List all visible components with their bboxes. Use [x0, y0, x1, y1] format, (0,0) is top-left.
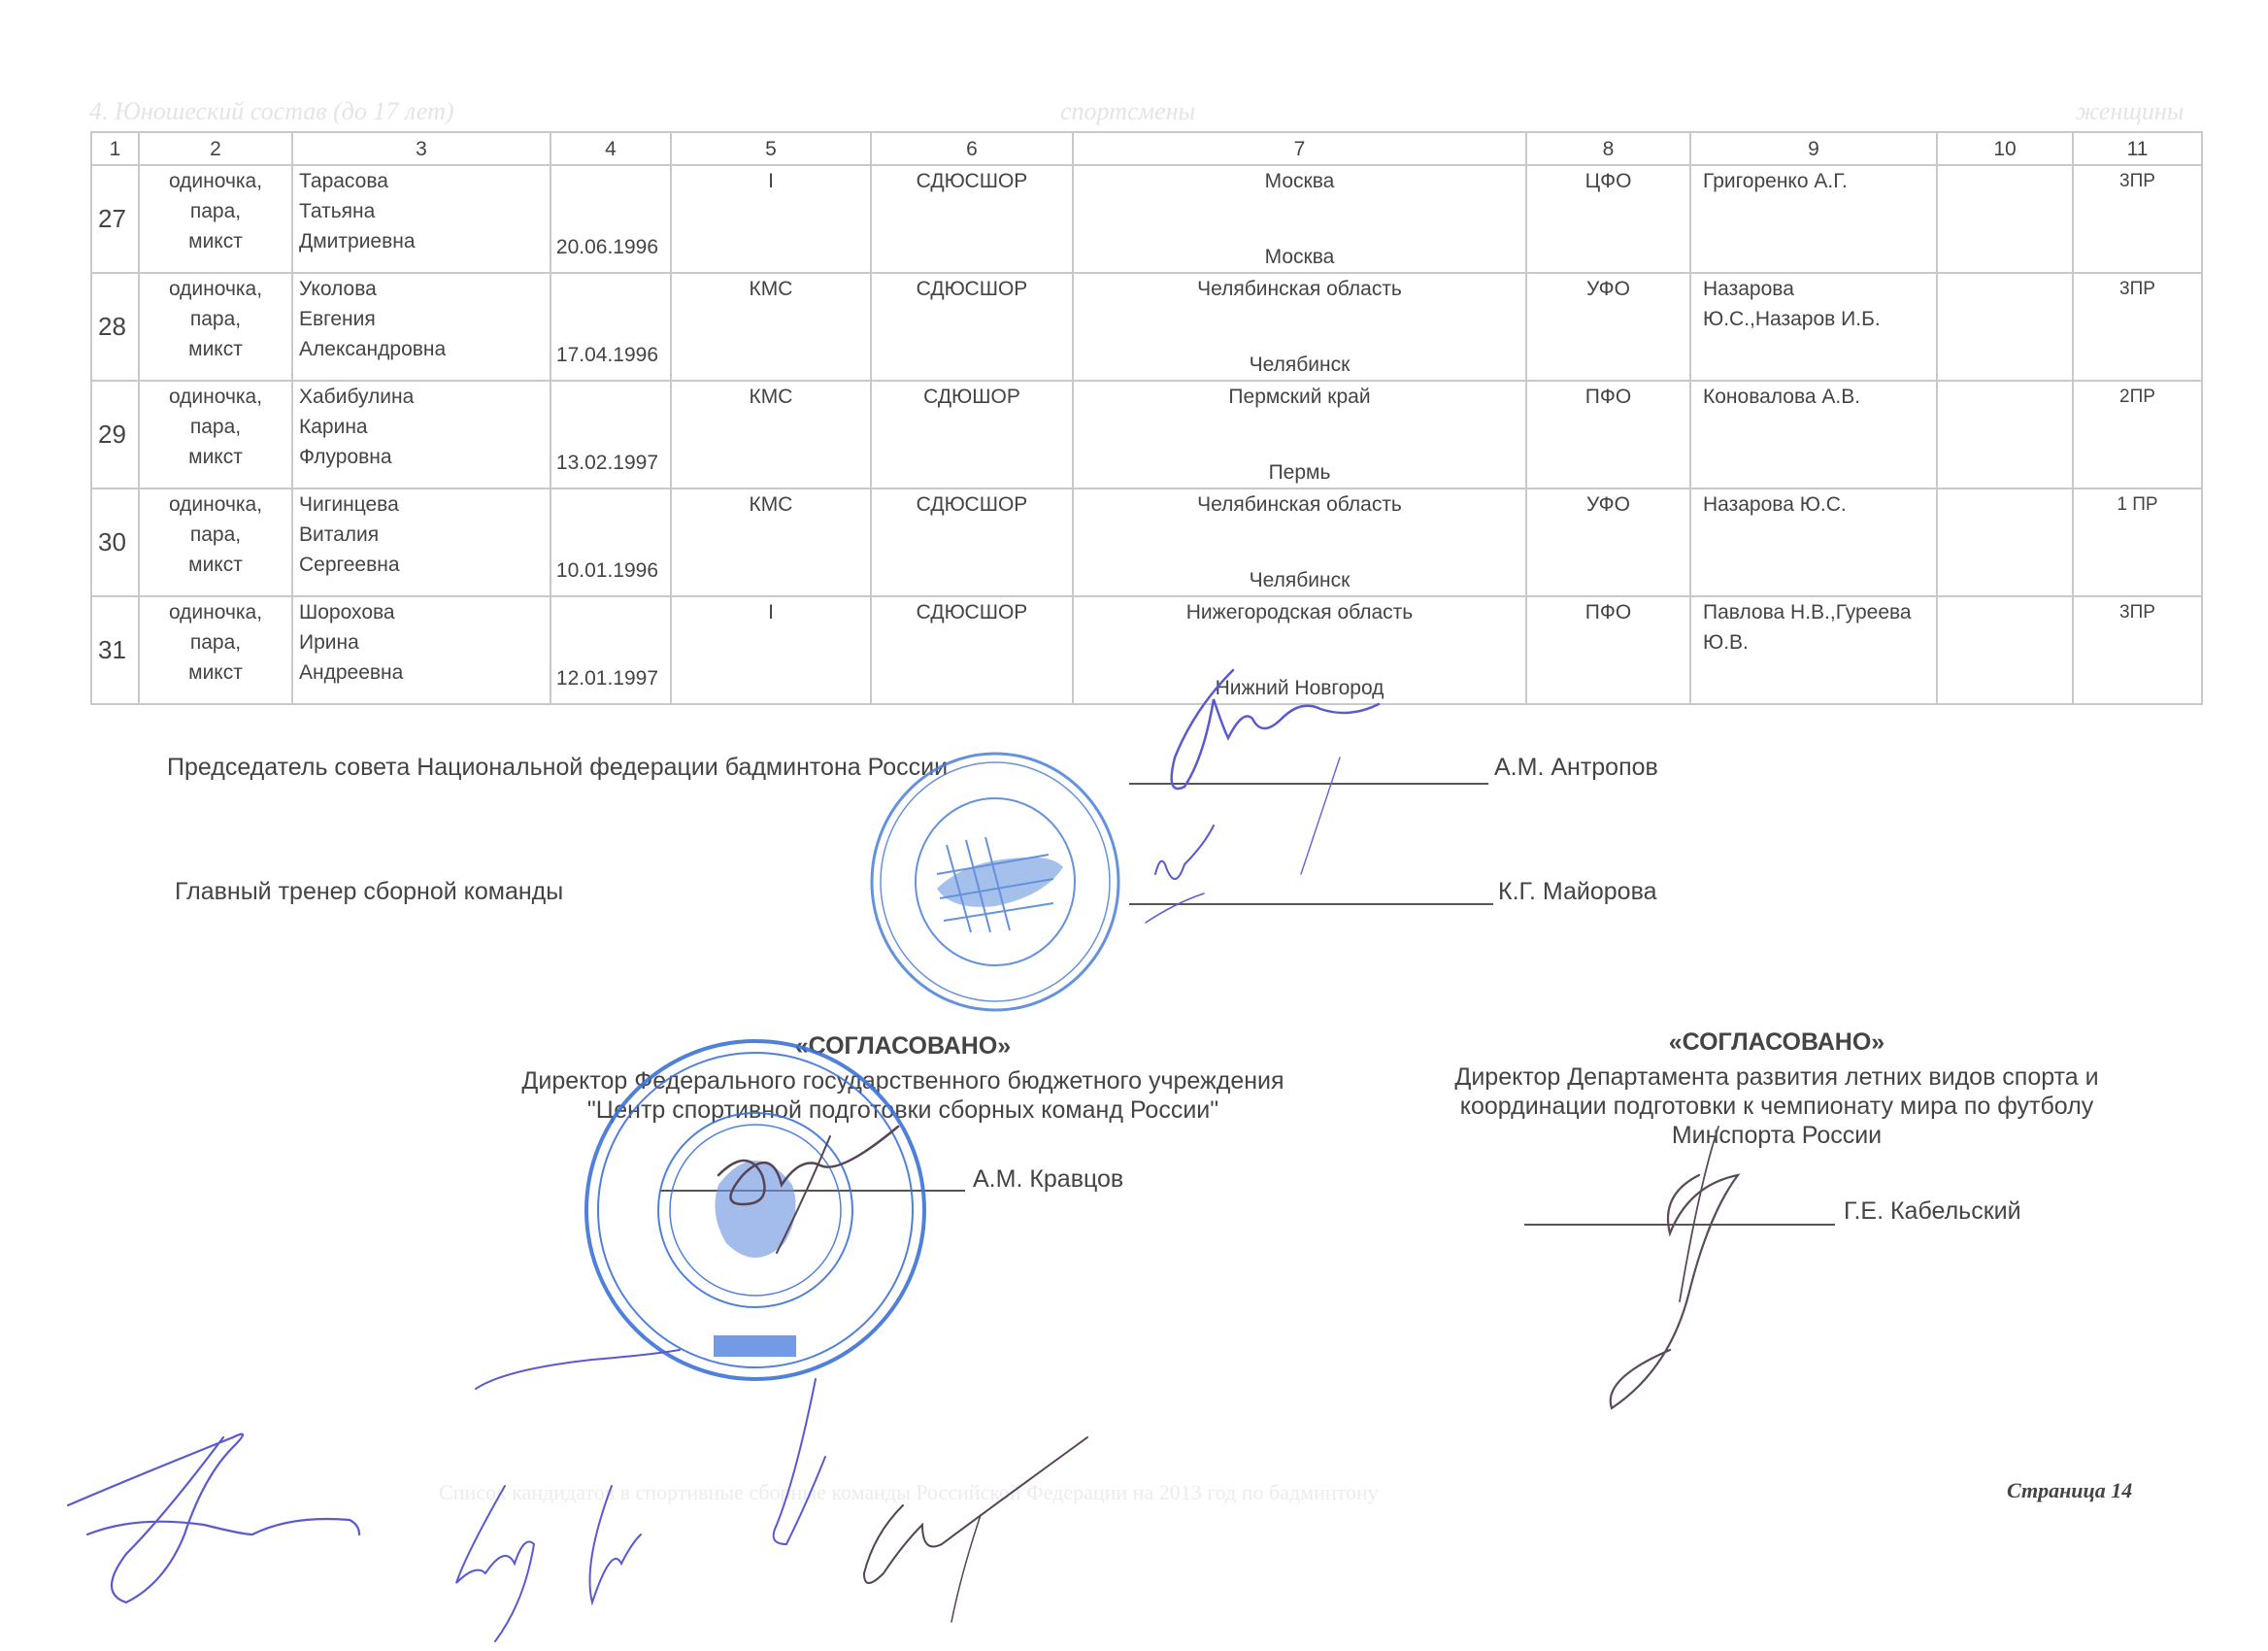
coach: Григоренко А.Г. [1703, 170, 1848, 192]
column-10-cell [1937, 489, 2073, 596]
name-part: Сергеевна [299, 550, 546, 580]
federal-district: ПФО [1585, 386, 1631, 408]
federal-district-cell: ПФО [1526, 596, 1690, 704]
approval-line: координации подготовки к чемпионату мира… [1398, 1092, 2155, 1121]
sport-rank: КМС [750, 493, 793, 516]
page-number: Страница 14 [2007, 1478, 2132, 1503]
column-10-cell [1937, 165, 2073, 273]
approval-line: Директор Департамента развития летних ви… [1398, 1062, 2155, 1092]
row-number-text: 31 [98, 635, 126, 664]
events-cell: одиночка, пара,микст [139, 596, 292, 704]
column-10-cell [1937, 381, 2073, 489]
sport-rank-cell: I [671, 596, 871, 704]
events-cell: одиночка, пара,микст [139, 489, 292, 596]
column-number-cell: 3 [292, 132, 550, 165]
table-row: 31одиночка, пара,микстШороховаИринаАндре… [91, 596, 2202, 704]
sport-rank: I [768, 170, 774, 192]
birth-date: 20.06.1996 [556, 236, 658, 258]
athlete-name-cell: УколоваЕвгенияАлександровна [292, 273, 550, 381]
program-cell: 3ПР [2073, 596, 2202, 704]
sport-school-cell: СДЮСШОР [871, 273, 1073, 381]
event-text: микст [144, 550, 287, 580]
approval-line: "Центр спортивной подготовки сборных ком… [456, 1095, 1350, 1125]
name-part: Дмитриевна [299, 226, 546, 256]
approval-title: «СОГЛАСОВАНО» [456, 1031, 1350, 1061]
column-number-cell: 6 [871, 132, 1073, 165]
program: 2ПР [2119, 387, 2155, 407]
sport-school-cell: СДЮСШОР [871, 596, 1073, 704]
sport-rank-cell: КМС [671, 273, 871, 381]
federal-district: ПФО [1585, 601, 1631, 623]
birth-date-cell: 13.02.1997 [550, 381, 671, 489]
chairman-signature-line [1129, 783, 1488, 785]
footer-text: Список кандидатов в спортивные сборные к… [439, 1480, 1379, 1505]
city: Челябинск [1074, 565, 1525, 595]
program: 1 ПР [2117, 494, 2157, 515]
coach-cell: Григоренко А.Г. [1690, 165, 1937, 273]
city: Пермь [1074, 457, 1525, 488]
birth-date: 10.01.1996 [556, 559, 658, 582]
coach: Павлова Н.В.,Гуреева Ю.В. [1703, 601, 1912, 654]
sport-rank: I [768, 601, 774, 623]
birth-date-cell: 12.01.1997 [550, 596, 671, 704]
birth-date: 12.01.1997 [556, 667, 658, 690]
column-10-cell [1937, 596, 2073, 704]
program-cell: 3ПР [2073, 165, 2202, 273]
event-text: одиночка, пара, [144, 166, 287, 226]
city: Нижний Новгород [1074, 673, 1525, 703]
federal-district: УФО [1586, 278, 1630, 300]
region: Челябинская область [1078, 274, 1521, 304]
event-text: микст [144, 334, 287, 364]
federal-district-cell: УФО [1526, 489, 1690, 596]
row-number: 31 [91, 596, 139, 704]
location-cell: Пермский крайПермь [1073, 381, 1526, 489]
column-10-cell [1937, 273, 2073, 381]
table-row: 28одиночка, пара,микстУколоваЕвгенияАлек… [91, 273, 2202, 381]
coach-cell: Назарова Ю.С.,Назаров И.Б. [1690, 273, 1937, 381]
column-number-cell: 5 [671, 132, 871, 165]
athlete-name-cell: ТарасоваТатьянаДмитриевна [292, 165, 550, 273]
events-cell: одиночка, пара,микст [139, 273, 292, 381]
sport-school: СДЮСШОР [917, 601, 1028, 623]
column-number-cell: 8 [1526, 132, 1690, 165]
coach-cell: Павлова Н.В.,Гуреева Ю.В. [1690, 596, 1937, 704]
sport-school: СДЮШОР [923, 386, 1020, 408]
sport-school: СДЮСШОР [917, 493, 1028, 516]
region: Пермский край [1078, 382, 1521, 412]
approval-block-fsbi: «СОГЛАСОВАНО» Директор Федерального госу… [456, 1031, 1350, 1125]
name-part: Чигинцева [299, 489, 546, 520]
column-number-cell: 4 [550, 132, 671, 165]
ministry-director-name: Г.Е. Кабельский [1844, 1197, 2021, 1226]
section-title: 4. Юношеский состав (до 17 лет) [89, 97, 454, 126]
federal-district-cell: ПФО [1526, 381, 1690, 489]
coach: Назарова Ю.С.,Назаров И.Б. [1703, 278, 1881, 330]
city: Челябинск [1074, 350, 1525, 380]
column-number-cell: 11 [2073, 132, 2202, 165]
event-text: одиночка, пара, [144, 274, 287, 334]
program: 3ПР [2119, 279, 2155, 299]
federal-district: ЦФО [1585, 170, 1632, 192]
region: Москва [1078, 166, 1521, 196]
program-cell: 2ПР [2073, 381, 2202, 489]
fsbi-signature-line [660, 1190, 965, 1192]
column-number-cell: 7 [1073, 132, 1526, 165]
column-number-cell: 1 [91, 132, 139, 165]
birth-date-cell: 17.04.1996 [550, 273, 671, 381]
sport-rank: КМС [750, 278, 793, 300]
federation-stamp-icon [872, 754, 1118, 1010]
candidates-table: 1234567891011 27одиночка, пара,микстТара… [90, 131, 2203, 705]
federal-district-cell: ЦФО [1526, 165, 1690, 273]
row-number-text: 27 [98, 204, 126, 233]
row-number-text: 29 [98, 420, 126, 449]
sport-rank-cell: КМС [671, 489, 871, 596]
chairman-name: А.М. Антропов [1494, 754, 1658, 782]
name-part: Виталия [299, 520, 546, 550]
table-row: 27одиночка, пара,микстТарасоваТатьянаДми… [91, 165, 2202, 273]
head-coach-signature-line [1129, 903, 1493, 905]
birth-date-cell: 20.06.1996 [550, 165, 671, 273]
federal-district-cell: УФО [1526, 273, 1690, 381]
location-cell: МоскваМосква [1073, 165, 1526, 273]
column-number-cell: 2 [139, 132, 292, 165]
name-part: Уколова [299, 274, 546, 304]
ministry-signature-line [1524, 1224, 1835, 1226]
table-row: 30одиночка, пара,микстЧигинцеваВиталияСе… [91, 489, 2202, 596]
sport-school-cell: СДЮСШОР [871, 165, 1073, 273]
head-coach-name: К.Г. Майорова [1498, 878, 1656, 906]
section-gender: женщины [2076, 97, 2184, 126]
sport-school-cell: СДЮСШОР [871, 489, 1073, 596]
region: Нижегородская область [1078, 597, 1521, 627]
column-number-row: 1234567891011 [91, 132, 2202, 165]
sport-school-cell: СДЮШОР [871, 381, 1073, 489]
name-part: Татьяна [299, 196, 546, 226]
approval-line: Минспорта России [1398, 1121, 2155, 1150]
event-text: микст [144, 657, 287, 688]
federal-district: УФО [1586, 493, 1630, 516]
name-part: Флуровна [299, 442, 546, 472]
location-cell: Челябинская областьЧелябинск [1073, 273, 1526, 381]
program: 3ПР [2119, 602, 2155, 623]
coach-cell: Коновалова А.В. [1690, 381, 1937, 489]
sport-rank: КМС [750, 386, 793, 408]
coach-cell: Назарова Ю.С. [1690, 489, 1937, 596]
coach: Коновалова А.В. [1703, 386, 1860, 408]
sport-school: СДЮСШОР [917, 278, 1028, 300]
name-part: Карина [299, 412, 546, 442]
row-number: 30 [91, 489, 139, 596]
birth-date: 17.04.1996 [556, 344, 658, 366]
event-text: микст [144, 442, 287, 472]
region: Челябинская область [1078, 489, 1521, 520]
sport-rank-cell: КМС [671, 381, 871, 489]
program-cell: 1 ПР [2073, 489, 2202, 596]
athlete-name-cell: ШороховаИринаАндреевна [292, 596, 550, 704]
table-row: 29одиночка, пара,микстХабибулинаКаринаФл… [91, 381, 2202, 489]
coach: Назарова Ю.С. [1703, 493, 1847, 516]
location-cell: Нижегородская областьНижний Новгород [1073, 596, 1526, 704]
program-cell: 3ПР [2073, 273, 2202, 381]
event-text: одиночка, пара, [144, 597, 287, 657]
event-text: микст [144, 226, 287, 256]
row-number: 29 [91, 381, 139, 489]
city: Москва [1074, 242, 1525, 272]
athlete-name-cell: ЧигинцеваВиталияСергеевна [292, 489, 550, 596]
name-part: Хабибулина [299, 382, 546, 412]
sport-rank-cell: I [671, 165, 871, 273]
name-part: Александровна [299, 334, 546, 364]
head-coach-title: Главный тренер сборной команды [175, 878, 563, 906]
location-cell: Челябинская областьЧелябинск [1073, 489, 1526, 596]
athlete-name-cell: ХабибулинаКаринаФлуровна [292, 381, 550, 489]
name-part: Шорохова [299, 597, 546, 627]
event-text: одиночка, пара, [144, 382, 287, 442]
fsbi-director-name: А.М. Кравцов [973, 1165, 1123, 1194]
row-number: 27 [91, 165, 139, 273]
name-part: Андреевна [299, 657, 546, 688]
approval-line: Директор Федерального государственного б… [456, 1066, 1350, 1095]
event-text: одиночка, пара, [144, 489, 287, 550]
name-part: Ирина [299, 627, 546, 657]
section-discipline: спортсмены [1060, 97, 1195, 126]
events-cell: одиночка, пара,микст [139, 165, 292, 273]
row-number-text: 30 [98, 527, 126, 556]
row-number-text: 28 [98, 312, 126, 341]
row-number: 28 [91, 273, 139, 381]
name-part: Евгения [299, 304, 546, 334]
birth-date-cell: 10.01.1996 [550, 489, 671, 596]
chairman-title: Председатель совета Национальной федерац… [167, 754, 948, 782]
column-number-cell: 9 [1690, 132, 1937, 165]
approval-title: «СОГЛАСОВАНО» [1398, 1028, 2155, 1057]
program: 3ПР [2119, 171, 2155, 191]
events-cell: одиночка, пара,микст [139, 381, 292, 489]
column-number-cell: 10 [1937, 132, 2073, 165]
name-part: Тарасова [299, 166, 546, 196]
birth-date: 13.02.1997 [556, 452, 658, 474]
sport-school: СДЮСШОР [917, 170, 1028, 192]
approval-block-ministry: «СОГЛАСОВАНО» Директор Департамента разв… [1398, 1028, 2155, 1150]
